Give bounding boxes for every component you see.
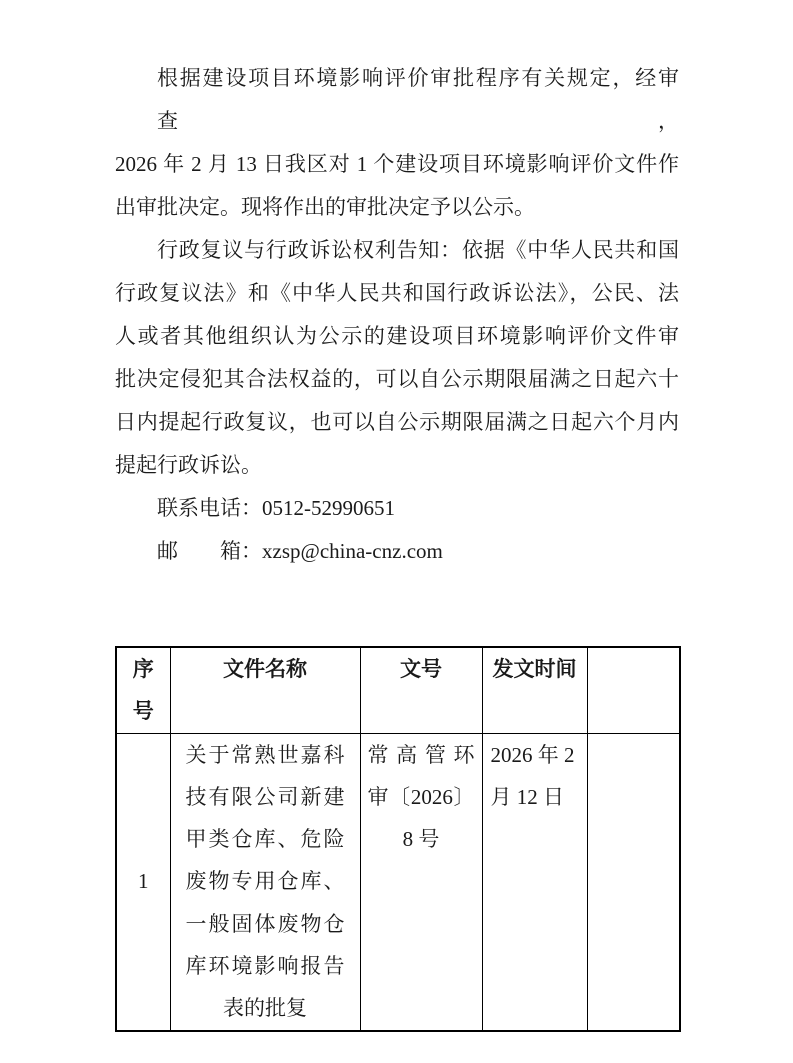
header-blank [587,647,680,733]
paragraph-rights-notice: 行政复议与行政诉讼权利告知：依据《中华人民共和国 行政复议法》和《中华人民共和国… [115,229,679,487]
text-line: 废物专用仓库、 [186,860,345,902]
header-issue-date: 发文时间 [482,647,587,733]
cell-file-name: 关于常熟世嘉科 技有限公司新建 甲类仓库、危险 废物专用仓库、 一般固体废物仓 … [170,733,360,1031]
text-line: 出审批决定。现将作出的审批决定予以公示。 [115,186,679,229]
text-line: 库环境影响报告 [186,945,345,987]
text-line: 表的批复 [186,987,345,1029]
text-line: 行政复议与行政诉讼权利告知：依据《中华人民共和国 [115,229,679,272]
text-line: 常高管环 [368,734,475,776]
document-content: 根据建设项目环境影响评价审批程序有关规定，经审查， 2026 年 2 月 13 … [115,0,679,1032]
text-line: 审〔2026〕 [368,776,475,818]
text-line: 批决定侵犯其合法权益的，可以自公示期限届满之日起六十 [115,358,679,401]
approval-table: 序号 文件名称 文号 发文时间 1 关于常熟世嘉科 技有限公司新建 甲类仓库、危… [115,646,681,1032]
paragraph-approval-announcement: 根据建设项目环境影响评价审批程序有关规定，经审查， 2026 年 2 月 13 … [115,57,679,229]
text-line: 月 12 日 [491,776,579,818]
contact-phone: 联系电话：0512-52990651 [115,487,679,530]
table-row: 1 关于常熟世嘉科 技有限公司新建 甲类仓库、危险 废物专用仓库、 一般固体废物… [116,733,680,1031]
header-seq: 序号 [116,647,170,733]
cell-remark [587,733,680,1031]
text-line: 关于常熟世嘉科 [186,734,345,776]
text-line: 一般固体废物仓 [186,903,345,945]
cell-doc-number: 常高管环 审〔2026〕 8 号 [360,733,482,1031]
text-line: 行政复议法》和《中华人民共和国行政诉讼法》，公民、法 [115,272,679,315]
header-doc-number: 文号 [360,647,482,733]
text-line: 技有限公司新建 [186,776,345,818]
cell-issue-date: 2026 年 2 月 12 日 [482,733,587,1031]
cell-seq: 1 [116,733,170,1031]
document-page: 根据建设项目环境影响评价审批程序有关规定，经审查， 2026 年 2 月 13 … [0,0,793,1063]
text-line: 2026 年 2 [491,734,579,776]
header-file-name: 文件名称 [170,647,360,733]
text-line: 8 号 [368,818,475,860]
contact-email: 邮 箱：xzsp@china-cnz.com [115,530,679,573]
text-line: 提起行政诉讼。 [115,444,679,487]
text-line: 根据建设项目环境影响评价审批程序有关规定，经审查， [115,57,679,143]
text-line: 2026 年 2 月 13 日我区对 1 个建设项目环境影响评价文件作 [115,143,679,186]
text-line: 日内提起行政复议，也可以自公示期限届满之日起六个月内 [115,401,679,444]
table-header-row: 序号 文件名称 文号 发文时间 [116,647,680,733]
text-line: 甲类仓库、危险 [186,818,345,860]
text-line: 人或者其他组织认为公示的建设项目环境影响评价文件审 [115,315,679,358]
